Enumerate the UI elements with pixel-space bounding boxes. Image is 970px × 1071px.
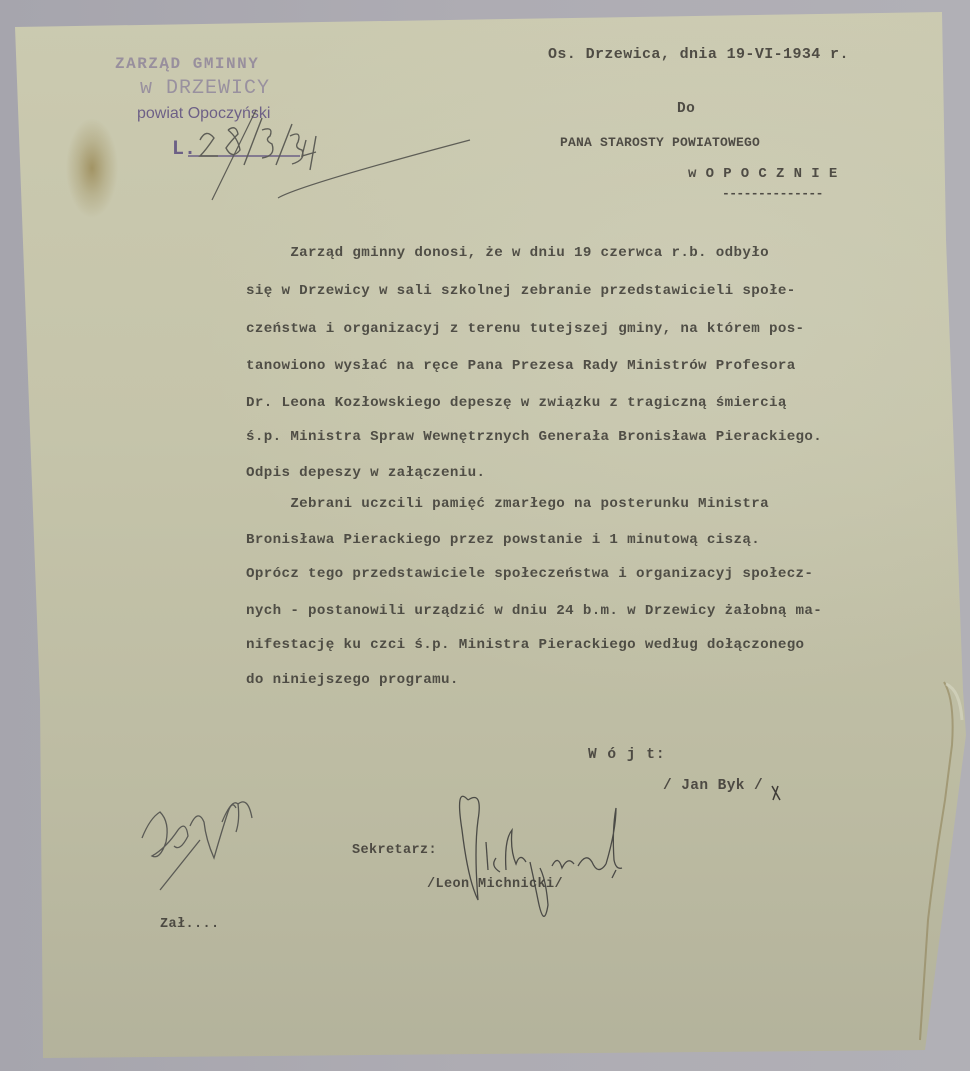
- body-line: Oprócz tego przedstawiciele społeczeństw…: [246, 566, 813, 582]
- stamp-office-name: ZARZĄD GMINNY: [115, 55, 259, 73]
- body-line: się w Drzewicy w sali szkolnej zebranie …: [246, 283, 796, 299]
- secretary-label: Sekretarz:: [352, 843, 437, 858]
- enclosure-note: Zał....: [160, 917, 220, 932]
- stamp-reference-label: L.: [172, 138, 196, 161]
- body-line: do niniejszego programu.: [246, 672, 459, 688]
- body-line: Dr. Leona Kozłowskiego depeszę w związku…: [246, 395, 787, 411]
- wojt-name: / Jan Byk /: [663, 778, 763, 794]
- recipient: PANA STAROSTY POWIATOWEGO: [560, 135, 760, 150]
- recipient-location: w O P O C Z N I E: [688, 166, 838, 182]
- body-line: nifestację ku czci ś.p. Ministra Pierack…: [246, 637, 804, 653]
- body-line: czeństwa i organizacyj z terenu tutejsze…: [246, 321, 804, 337]
- body-line: tanowiono wysłać na ręce Pana Prezesa Ra…: [246, 358, 796, 374]
- stamp-district: powiat Opoczyński: [137, 105, 270, 123]
- body-line: Bronisława Pierackiego przez powstanie i…: [246, 532, 760, 548]
- secretary-name: /Leon Michnicki/: [427, 877, 563, 892]
- body-line: nych - postanowili urządzić w dniu 24 b.…: [246, 603, 822, 619]
- to-label: Do: [677, 101, 695, 117]
- place-date: Os. Drzewica, dnia 19-VI-1934 r.: [548, 46, 849, 63]
- wojt-label: W ó j t:: [588, 747, 666, 763]
- body-line: Odpis depeszy w załączeniu.: [246, 465, 485, 481]
- recipient-underline: --------------: [722, 186, 823, 201]
- stamp-town: w DRZEWICY: [140, 77, 270, 100]
- body-line: ś.p. Ministra Spraw Wewnętrznych Generał…: [246, 429, 822, 445]
- body-line: Zebrani uczcili pamięć zmarłego na poste…: [246, 496, 769, 512]
- body-line: Zarząd gminny donosi, że w dniu 19 czerw…: [246, 245, 769, 261]
